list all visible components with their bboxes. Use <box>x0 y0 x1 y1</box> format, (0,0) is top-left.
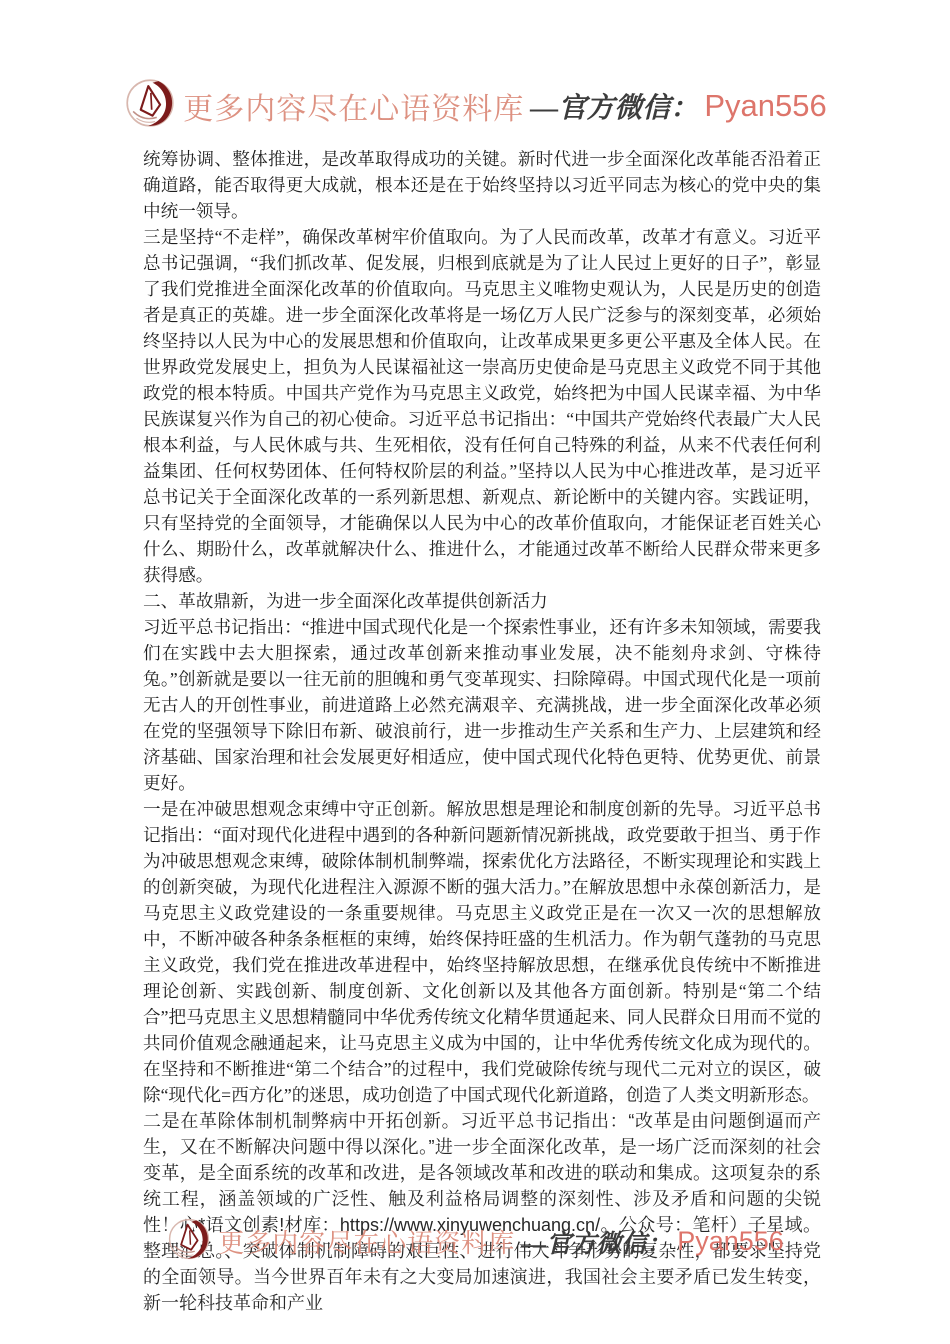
header-wechat-label: —官方微信： <box>530 86 698 126</box>
body-paragraph-continuation: 统筹协调、整体推进，是改革取得成功的关键。新时代进一步全面深化改革能否沿着正确道… <box>143 146 821 224</box>
header-wechat-id: Pyan556 <box>704 88 826 124</box>
footer-watermark: 更多内容尽在心语资料库 —官方微信： Pyan556 <box>0 1216 950 1267</box>
xinyu-pen-logo-icon <box>166 1216 212 1267</box>
footer-wechat-id: Pyan556 <box>677 1226 784 1257</box>
header-brand-text: 更多内容尽在心语资料库 <box>183 84 524 128</box>
body-paragraph-point-three: 三是坚持“不走样”，确保改革树牢价值取向。为了人民而改革，改革才有意义。习近平总… <box>143 224 821 588</box>
footer-wechat-label: —官方微信： <box>521 1224 671 1260</box>
section-heading-two: 二、革故鼎新，为进一步全面深化改革提供创新活力 <box>143 588 821 614</box>
body-paragraph-quote-innovation: 习近平总书记指出：“推进中国式现代化是一个探索性事业，还有许多未知领域，需要我们… <box>143 614 821 796</box>
header-watermark: 更多内容尽在心语资料库 —官方微信： Pyan556 <box>0 76 950 135</box>
document-page: 更多内容尽在心语资料库 —官方微信： Pyan556 统筹协调、整体推进，是改革… <box>0 0 950 1344</box>
body-paragraph-point-one-innovation: 一是在冲破思想观念束缚中守正创新。解放思想是理论和制度创新的先导。习近平总书记指… <box>143 796 821 1108</box>
document-body: 统筹协调、整体推进，是改革取得成功的关键。新时代进一步全面深化改革能否沿着正确道… <box>143 146 821 1316</box>
footer-brand-text: 更多内容尽在心语资料库 <box>218 1223 515 1260</box>
xinyu-pen-logo-icon <box>123 76 177 135</box>
body-paragraph-point-two-heiti: 二是在革除体制机制弊病中开拓创新。习近平总书记指出：“改革是由问题倒逼而产生，又… <box>143 1108 821 1316</box>
